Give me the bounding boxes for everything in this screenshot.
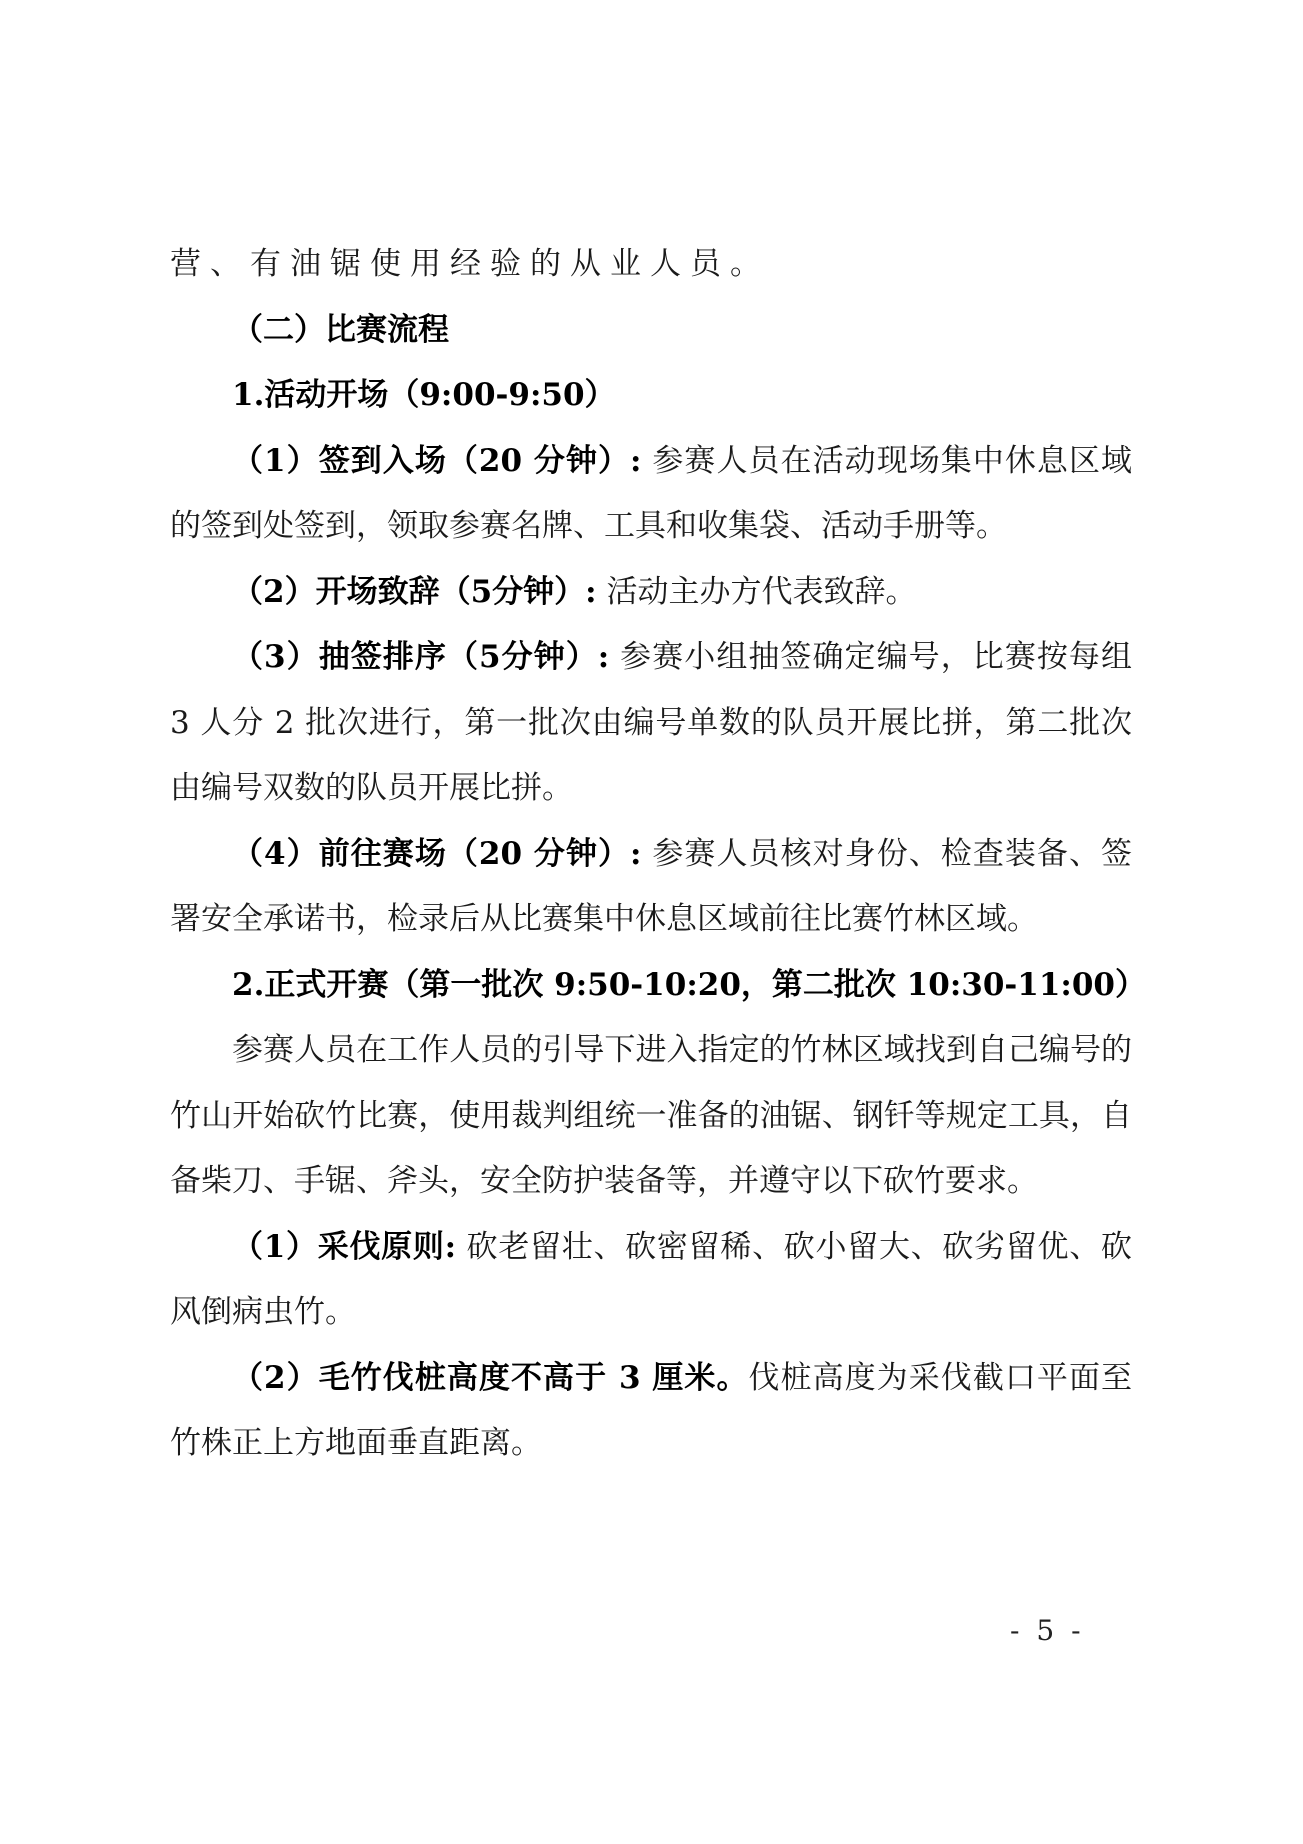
item-label: （1）签到入场（20 分钟）: bbox=[232, 443, 641, 479]
section-heading-competition-process: （二）比赛流程 bbox=[170, 298, 1132, 364]
paragraph-harvest-principle: （1）采伐原则: 砍老留壮、砍密留稀、砍小留大、砍劣留优、砍风倒病虫竹。 bbox=[170, 1215, 1132, 1346]
paragraph-text: 参赛人员在工作人员的引导下进入指定的竹林区域找到自己编号的竹山开始砍竹比赛，使用… bbox=[170, 1032, 1132, 1199]
paragraph-text: 营、有油锯使用经验的从业人员。 bbox=[170, 246, 770, 282]
subsection-heading-text: 2.正式开赛（第一批次 9:50-10:20，第二批次 10:30-11:00） bbox=[232, 967, 1146, 1003]
subsection-heading-official-start: 2.正式开赛（第一批次 9:50-10:20，第二批次 10:30-11:00） bbox=[170, 953, 1132, 1019]
subsection-heading-opening: 1.活动开场（9:00-9:50） bbox=[170, 363, 1132, 429]
paragraph-opening-speech: （2）开场致辞（5分钟）: 活动主办方代表致辞。 bbox=[170, 560, 1132, 626]
subsection-heading-text: 1.活动开场（9:00-9:50） bbox=[232, 377, 616, 413]
paragraph-competition-rules: 参赛人员在工作人员的引导下进入指定的竹林区域找到自己编号的竹山开始砍竹比赛，使用… bbox=[170, 1018, 1132, 1215]
paragraph-text: 活动主办方代表致辞。 bbox=[597, 574, 917, 610]
paragraph-stump-height: （2）毛竹伐桩高度不高于 3 厘米。伐桩高度为采伐截口平面至竹株正上方地面垂直距… bbox=[170, 1346, 1132, 1477]
item-label: （3）抽签排序（5分钟）: bbox=[232, 639, 609, 675]
paragraph-go-to-venue: （4）前往赛场（20 分钟）: 参赛人员核对身份、检查装备、签署安全承诺书，检录… bbox=[170, 822, 1132, 953]
item-label: （2）毛竹伐桩高度不高于 3 厘米。 bbox=[232, 1360, 749, 1396]
document-page: 营、有油锯使用经验的从业人员。 （二）比赛流程 1.活动开场（9:00-9:50… bbox=[170, 232, 1132, 1477]
paragraph-draw-lots: （3）抽签排序（5分钟）: 参赛小组抽签确定编号，比赛按每组 3 人分 2 批次… bbox=[170, 625, 1132, 822]
item-label: （2）开场致辞（5分钟）: bbox=[232, 574, 597, 610]
section-heading-text: （二）比赛流程 bbox=[232, 312, 449, 348]
paragraph-intro-continuation: 营、有油锯使用经验的从业人员。 bbox=[170, 232, 1132, 298]
item-label: （4）前往赛场（20 分钟）: bbox=[232, 836, 641, 872]
page-number: - 5 - bbox=[1010, 1614, 1085, 1647]
item-label: （1）采伐原则: bbox=[232, 1229, 456, 1265]
paragraph-checkin: （1）签到入场（20 分钟）: 参赛人员在活动现场集中休息区域的签到处签到，领取… bbox=[170, 429, 1132, 560]
